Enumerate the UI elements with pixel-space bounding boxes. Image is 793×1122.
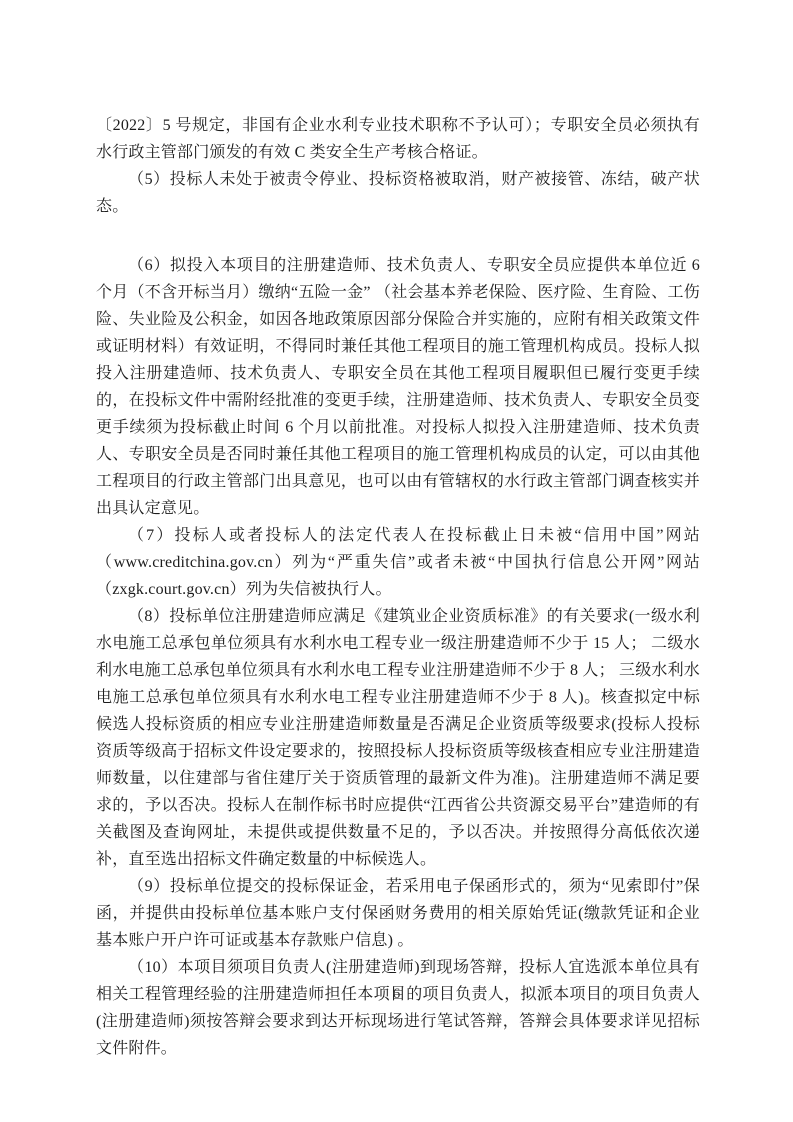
paragraph-continuation: 〔2022〕5 号规定，非国有企业水利专业技术职称不予认可）；专职安全员必须执有…	[96, 112, 700, 166]
paragraph-item-8: （8）投标单位注册建造师应满足《建筑业企业资质标准》的有关要求(一级水利水电施工…	[96, 603, 700, 873]
paragraph-item-5: （5）投标人未处于被责令停业、投标资格被取消，财产被接管、冻结，破产状态。	[96, 166, 700, 220]
paragraph-item-10: （10）本项目须项目负责人(注册建造师)到现场答辩，投标人宜选派本单位具有相关工…	[96, 954, 700, 1062]
paragraph-item-7: （7）投标人或者投标人的法定代表人在投标截止日未被“信用中国”网站（www.cr…	[96, 522, 700, 603]
document-body: 〔2022〕5 号规定，非国有企业水利专业技术职称不予认可）；专职安全员必须执有…	[96, 112, 700, 1062]
page-number: 6	[0, 985, 793, 1003]
paragraph-item-6: （6）拟投入本项目的注册建造师、技术负责人、专职安全员应提供本单位近 6 个月（…	[96, 252, 700, 522]
document-page: 〔2022〕5 号规定，非国有企业水利专业技术职称不予认可）；专职安全员必须执有…	[0, 0, 793, 1122]
paragraph-item-9: （9）投标单位提交的投标保证金，若采用电子保函形式的，须为“见索即付”保函，并提…	[96, 873, 700, 954]
